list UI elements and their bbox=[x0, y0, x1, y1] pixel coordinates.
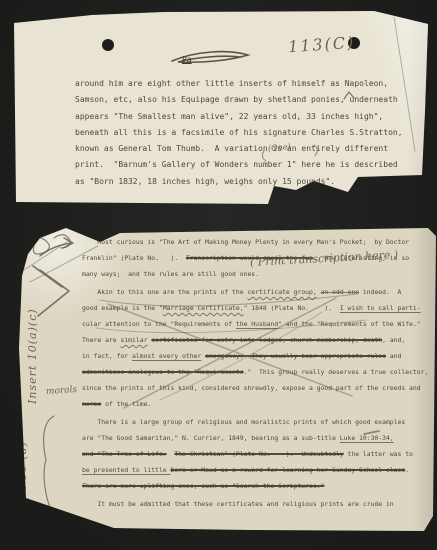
typed-line: appears "The Smallest man alive", 22 yea… bbox=[75, 109, 403, 125]
typed-segment: " and the "Requirements of the Wife." bbox=[278, 320, 420, 328]
typed-segment: ." This group really deserves a true col… bbox=[244, 368, 429, 376]
punch-hole bbox=[102, 39, 114, 51]
typed-segment: the latter was to bbox=[344, 450, 413, 458]
typed-segment: Akin to this one are the prints of the bbox=[82, 288, 247, 296]
typed-line: print. "Barnum's Gallery of Wonders numb… bbox=[75, 157, 403, 173]
typed-segment: . bbox=[405, 466, 409, 474]
typed-line: good example is the "Marriage Certificat… bbox=[82, 300, 428, 316]
document-scan: Pa 113(C) around him are eight other lit… bbox=[0, 0, 437, 550]
typed-segment: Most curious is "The Art of Making Money… bbox=[82, 238, 409, 246]
typed-line: since the prints of this kind, considere… bbox=[82, 380, 428, 396]
paragraph-admitted: It must be admitted that these certifica… bbox=[82, 496, 428, 512]
handwritten-page-number: 113(C) bbox=[287, 33, 355, 57]
typed-segment: in fact, for bbox=[82, 352, 132, 360]
typed-segment: Dora or Maud as a reward for learning he… bbox=[171, 466, 406, 474]
typed-line: known as General Tom Thumb. A variation … bbox=[75, 141, 403, 157]
paragraph-religious: There is a large group of religious and … bbox=[82, 414, 428, 494]
typed-segment: print. "Barnum's Gallery of Wonders numb… bbox=[75, 160, 398, 169]
margin-note-insert-upper: Insert 10(a)(c) bbox=[26, 272, 39, 404]
typed-segment: Samson, etc, also his Equipage drawn by … bbox=[75, 95, 398, 104]
typed-line: are "The Good Samaritan," N. Currier, 18… bbox=[82, 430, 428, 446]
typed-segment: good example is the " bbox=[82, 304, 163, 312]
typed-line: There is a large group of religious and … bbox=[82, 414, 428, 430]
typed-segment: almost every other bbox=[132, 352, 201, 360]
typed-line: as "Born 1832, 18 inches high, weighs on… bbox=[75, 174, 403, 190]
typed-segment: mores bbox=[82, 400, 101, 408]
typed-segment: " 1848 (Plate No. ). bbox=[244, 304, 340, 312]
typed-segment: and bbox=[386, 352, 401, 360]
top-sheet: Pa 113(C) around him are eight other lit… bbox=[14, 11, 428, 207]
typed-line: It must be admitted that these certifica… bbox=[82, 496, 428, 512]
typed-segment: The Christian" (Plate No. ). Undoubtedly bbox=[174, 450, 343, 458]
struck-page-label: Pa bbox=[182, 55, 192, 64]
typed-segment: of the time. bbox=[101, 400, 151, 408]
typed-line: Most curious is "The Art of Making Money… bbox=[82, 234, 428, 250]
handwritten-morals-correction: morals bbox=[46, 385, 78, 397]
typed-line: around him are eight other little insert… bbox=[75, 76, 403, 92]
typed-segment: emergency. They usually bear appropriate… bbox=[205, 352, 386, 360]
typed-segment: be presented to little bbox=[82, 466, 171, 474]
typed-segment: There are bbox=[82, 336, 120, 344]
typed-segment: since the prints of this kind, considere… bbox=[82, 384, 421, 392]
paragraph-certificates: Akin to this one are the prints of the c… bbox=[82, 284, 428, 412]
typed-line: There are more uplifting ones, such as "… bbox=[82, 478, 428, 494]
margin-note-insert-lower: Insert 10-(d) bbox=[16, 406, 29, 524]
typed-line: be presented to little Dora or Maud as a… bbox=[82, 462, 428, 478]
typed-segment: around him are eight other little insert… bbox=[75, 79, 388, 88]
typed-line: There are similar certificates for entry… bbox=[82, 332, 428, 348]
bottom-sheet: Most curious is "The Art of Making Money… bbox=[12, 228, 436, 532]
typed-paragraph: around him are eight other little insert… bbox=[75, 76, 403, 190]
typed-line: Akin to this one are the prints of the c… bbox=[82, 284, 428, 300]
typed-line: admonitions analogous to the "Requiremen… bbox=[82, 364, 428, 380]
typed-segment: and "The Tree of Life. bbox=[82, 450, 167, 458]
typed-line: in fact, for almost every other emergenc… bbox=[82, 348, 428, 364]
typed-segment: Franklin" (Plate No. ). bbox=[82, 254, 186, 262]
typed-segment: cular attention to the "Requirements of bbox=[82, 320, 236, 328]
typed-segment: are "The Good Samaritan," N. Currier, 18… bbox=[82, 434, 340, 442]
typed-segment: There is a large group of religious and … bbox=[82, 418, 405, 426]
typed-line: mores of the time. bbox=[82, 396, 428, 412]
typed-segment: , and, bbox=[382, 336, 405, 344]
typed-segment: similar bbox=[120, 336, 147, 344]
typed-segment: certificate group, bbox=[247, 288, 316, 296]
typed-segment: beneath all this is a facsimile of his s… bbox=[75, 128, 403, 137]
typed-segment: There are more uplifting ones, such as "… bbox=[82, 482, 324, 490]
typed-segment: known as General Tom Thumb. A variation … bbox=[75, 144, 388, 153]
typed-segment: Marriage Certificate, bbox=[163, 304, 244, 312]
typed-line: and "The Tree of Life. The Christian" (P… bbox=[82, 446, 428, 462]
typed-segment: the Husband bbox=[236, 320, 278, 328]
typed-segment: Luke 10:30-34, bbox=[340, 434, 394, 442]
typed-segment: admonitions analogous to the "Requiremen… bbox=[82, 368, 244, 376]
typed-segment: indeed. A bbox=[359, 288, 401, 296]
typed-segment: as "Born 1832, 18 inches high, weighs on… bbox=[75, 177, 335, 186]
typed-segment: It must be admitted that these certifica… bbox=[82, 500, 394, 508]
typed-segment: many ways; and the rules are still good … bbox=[82, 270, 259, 278]
typed-body: Most curious is "The Art of Making Money… bbox=[82, 234, 428, 514]
typed-line: cular attention to the "Requirements of … bbox=[82, 316, 428, 332]
typed-segment: appears "The Smallest man alive", 22 yea… bbox=[75, 112, 383, 121]
typed-segment: an odd one bbox=[321, 288, 359, 296]
typed-line: beneath all this is a facsimile of his s… bbox=[75, 125, 403, 141]
typed-segment: certificates for entry into lodges, chur… bbox=[151, 336, 382, 344]
typed-segment: I wish to call parti- bbox=[340, 304, 421, 312]
typed-line: Samson, etc, also his Equipage drawn by … bbox=[75, 92, 403, 108]
